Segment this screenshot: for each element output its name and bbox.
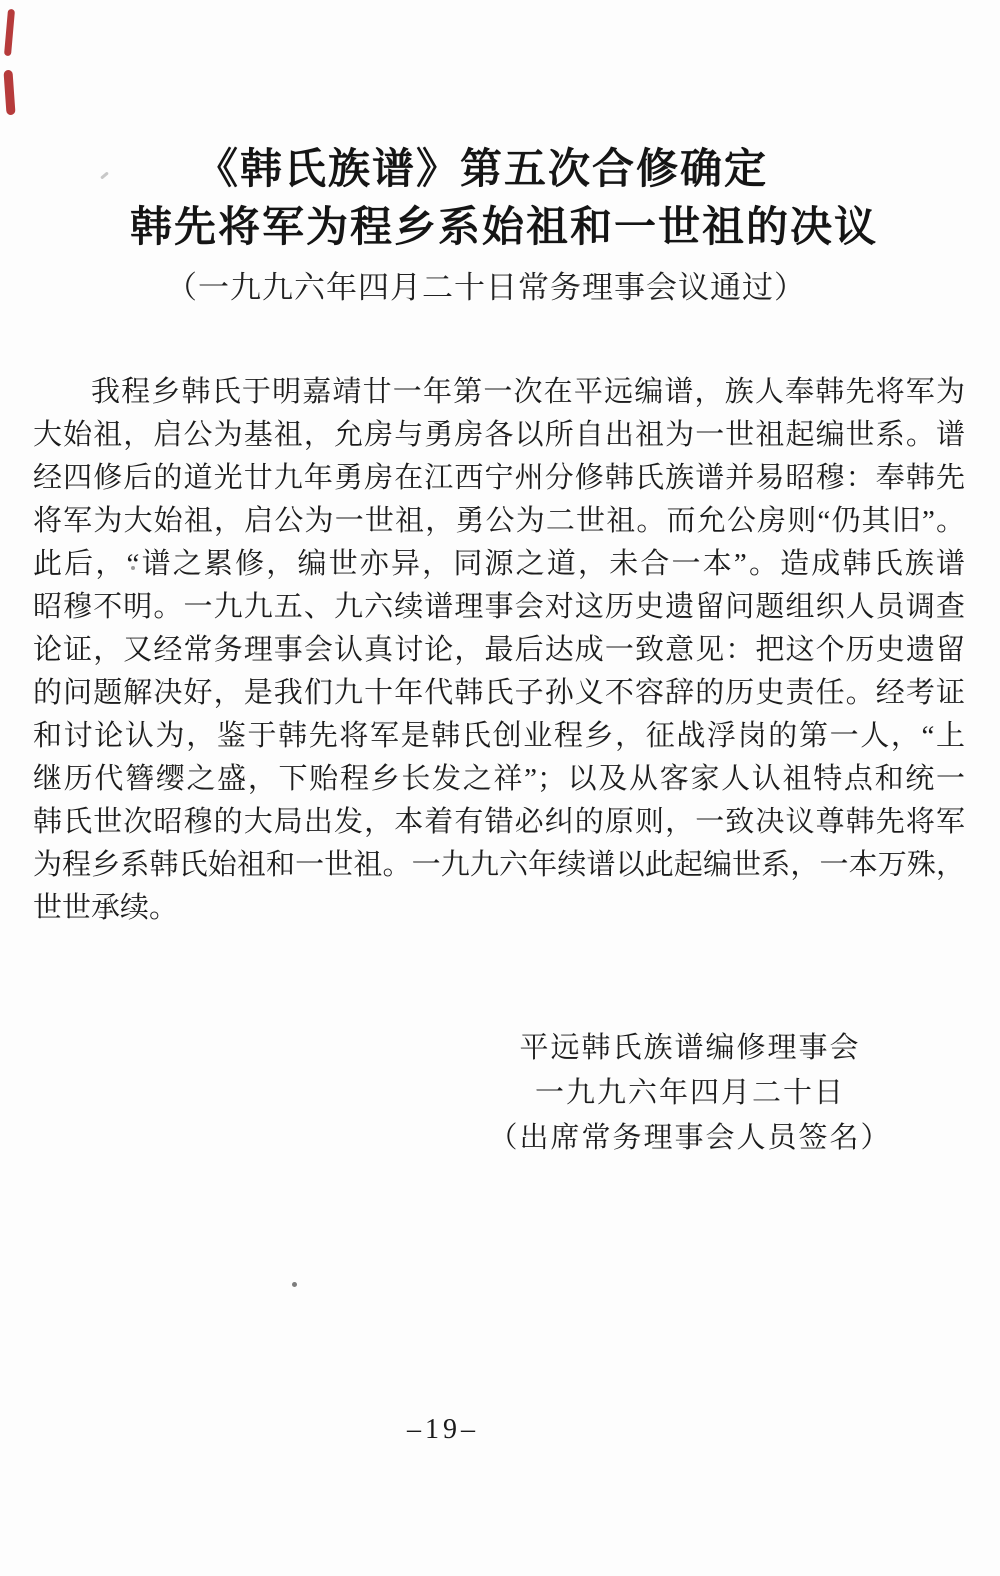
body-text-line: 韩氏世次昭穆的大局出发，本着有错必纠的原则，一致决议尊韩先将军 (33, 801, 965, 844)
body-text-line: 和讨论认为，鉴于韩先将军是韩氏创业程乡，征战浮岗的第一人，“上 (33, 715, 965, 758)
body-text-line: 我程乡韩氏于明嘉靖廿一年第一次在平远编谱，族人奉韩先将军为 (33, 371, 965, 414)
document-title: 《韩氏族谱》第五次合修确定 韩先将军为程乡系始祖和一世祖的决议 (0, 140, 1000, 256)
scan-speck (292, 1282, 297, 1287)
scanned-document-page: 《韩氏族谱》第五次合修确定 韩先将军为程乡系始祖和一世祖的决议 （一九九六年四月… (0, 0, 1000, 1576)
title-subtitle: （一九九六年四月二十日常务理事会议通过） (0, 266, 986, 310)
body-text-line: 昭穆不明。一九九五、九六续谱理事会对这历史遗留问题组织人员调查 (33, 586, 965, 629)
body-text-line: 世世承续。 (33, 887, 965, 930)
signature-line: 平远韩氏族谱编修理事会 (390, 1026, 990, 1071)
signature-block: 平远韩氏族谱编修理事会一九九六年四月二十日（出席常务理事会人员签名） (390, 1026, 990, 1161)
body-text-line: 大始祖，启公为基祖，允房与勇房各以所自出祖为一世祖起编世系。谱 (33, 414, 965, 457)
title-line-1: 《韩氏族谱》第五次合修确定 (0, 140, 982, 198)
body-text-line: 经四修后的道光廿九年勇房在江西宁州分修韩氏族谱并易昭穆：奉韩先 (33, 457, 965, 500)
body-text-line: 的问题解决好，是我们九十年代韩氏子孙义不容辞的历史责任。经考证 (33, 672, 965, 715)
signature-line: 一九九六年四月二十日 (390, 1071, 990, 1116)
signature-line: （出席常务理事会人员签名） (390, 1116, 990, 1161)
page-number: –19– (343, 1414, 543, 1446)
body-text-line: 为程乡系韩氏始祖和一世祖。一九九六年续谱以此起编世系，一本万殊， (33, 844, 965, 887)
body-text-line: 此后，“谱之累修，编世亦异，同源之道，未合一本”。造成韩氏族谱 (33, 543, 965, 586)
title-line-2: 韩先将军为程乡系始祖和一世祖的决议 (4, 198, 1000, 256)
red-ink-mark (4, 9, 15, 56)
body-paragraph: 我程乡韩氏于明嘉靖廿一年第一次在平远编谱，族人奉韩先将军为大始祖，启公为基祖，允… (33, 371, 965, 930)
body-text-line: 继历代簪缨之盛，下贻程乡长发之祥”；以及从客家人认祖特点和统一 (33, 758, 965, 801)
scan-speck (131, 566, 135, 570)
red-ink-mark (3, 70, 15, 116)
body-text-line: 将军为大始祖，启公为一世祖，勇公为二世祖。而允公房则“仍其旧”。 (33, 500, 965, 543)
body-text-line: 论证，又经常务理事会认真讨论，最后达成一致意见：把这个历史遗留 (33, 629, 965, 672)
